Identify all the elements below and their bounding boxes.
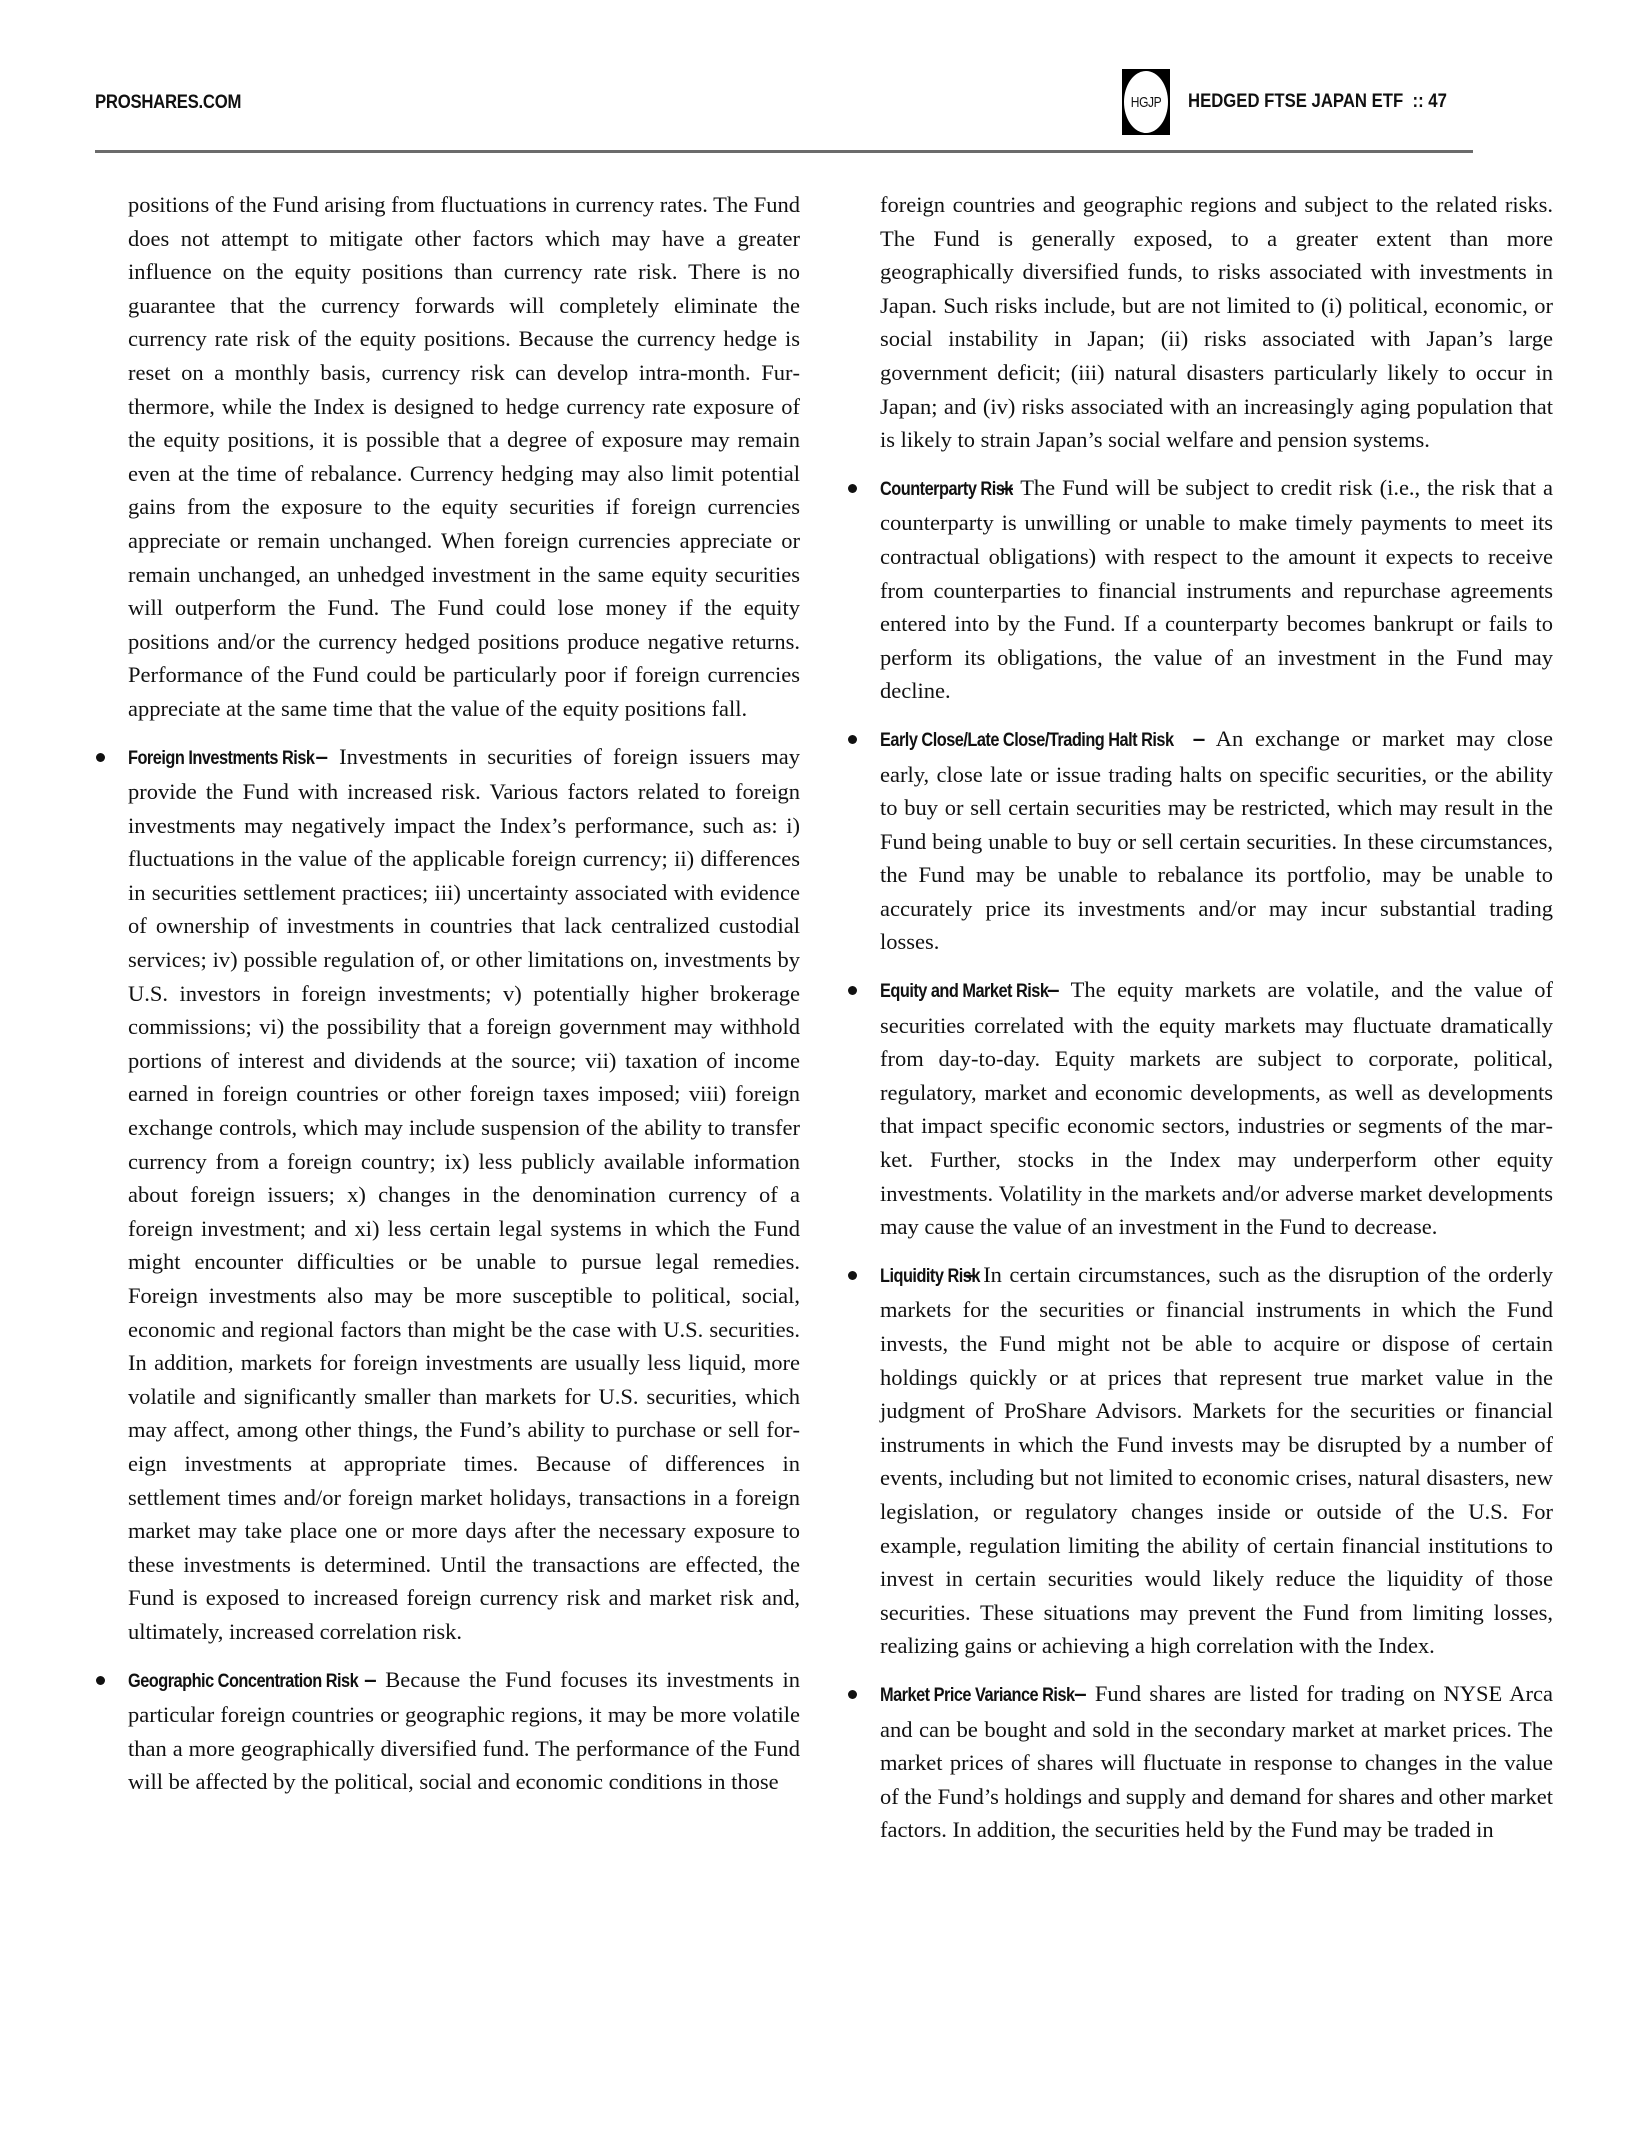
bullet-icon <box>848 1271 857 1280</box>
risk-body: An exchange or market may close early, c… <box>880 726 1553 955</box>
risk-dash: – <box>316 744 329 769</box>
risk-item-foreign-investments: Foreign Investments Risk – Investments i… <box>128 740 800 1649</box>
risk-item-geographic-concentration: Geographic Concentration Risk – Because … <box>128 1663 800 1799</box>
bullet-icon <box>96 753 105 762</box>
risk-title: Equity and Market Risk <box>880 975 1048 1009</box>
header-divider <box>95 150 1473 153</box>
bullet-icon <box>96 1676 105 1685</box>
right-column: foreign countries and geographic regions… <box>880 188 1553 1847</box>
risk-title: Liquidity Risk <box>880 1260 980 1294</box>
bullet-icon <box>848 986 857 995</box>
header-fund-info: HGJP HEDGED FTSE JAPAN ETF :: 47 <box>1122 70 1473 134</box>
risk-dash: – <box>364 1667 377 1692</box>
page-number: 47 <box>1428 91 1447 112</box>
risk-item-equity-market: Equity and Market Risk – The equity mark… <box>880 973 1553 1244</box>
risk-title: Foreign Investments Risk <box>128 742 314 776</box>
risk-body: The Fund will be subject to credit risk … <box>880 475 1553 704</box>
risk-body: Investments in securities of foreign iss… <box>128 744 800 1644</box>
ticker-logo-text: HGJP <box>1131 94 1161 111</box>
risk-item-early-close: Early Close/Late Close/Trading Halt Risk… <box>880 722 1553 959</box>
continuation-paragraph: foreign countries and geographic regions… <box>880 188 1553 457</box>
page-header: PROSHARES.COM HGJP HEDGED FTSE JAPAN ETF… <box>95 62 1473 142</box>
risk-body: The equity markets are volatile, and the… <box>880 977 1553 1239</box>
ticker-logo-circle: HGJP <box>1124 71 1168 133</box>
bullet-icon <box>848 735 857 744</box>
fund-title-line: HEDGED FTSE JAPAN ETF :: 47 <box>1188 91 1439 113</box>
bullet-icon <box>848 484 857 493</box>
risk-title: Geographic Concentration Risk <box>128 1665 358 1699</box>
risk-title: Early Close/Late Close/Trading Halt Risk <box>880 724 1174 758</box>
ticker-logo-icon: HGJP <box>1122 69 1170 135</box>
risk-title: Counterparty Risk <box>880 473 1013 507</box>
site-name: PROSHARES.COM <box>95 92 241 114</box>
risk-dash: – <box>1074 1681 1087 1706</box>
risk-item-market-price-variance: Market Price Variance Risk – Fund shares… <box>880 1677 1553 1847</box>
risk-title: Market Price Variance Risk <box>880 1679 1075 1713</box>
risk-dash: – <box>1193 726 1206 751</box>
title-separator: :: <box>1413 91 1424 112</box>
risk-item-liquidity: Liquidity Risk – In certain circumstance… <box>880 1258 1553 1663</box>
risk-dash: – <box>1047 977 1060 1002</box>
fund-title: HEDGED FTSE JAPAN ETF <box>1188 91 1403 112</box>
continuation-paragraph: positions of the Fund arising from fluct… <box>128 188 800 726</box>
left-column: positions of the Fund arising from fluct… <box>128 188 800 1799</box>
risk-body: In certain circumstances, such as the di… <box>880 1262 1553 1659</box>
bullet-icon <box>848 1690 857 1699</box>
risk-item-counterparty: Counterparty Risk – The Fund will be sub… <box>880 471 1553 708</box>
